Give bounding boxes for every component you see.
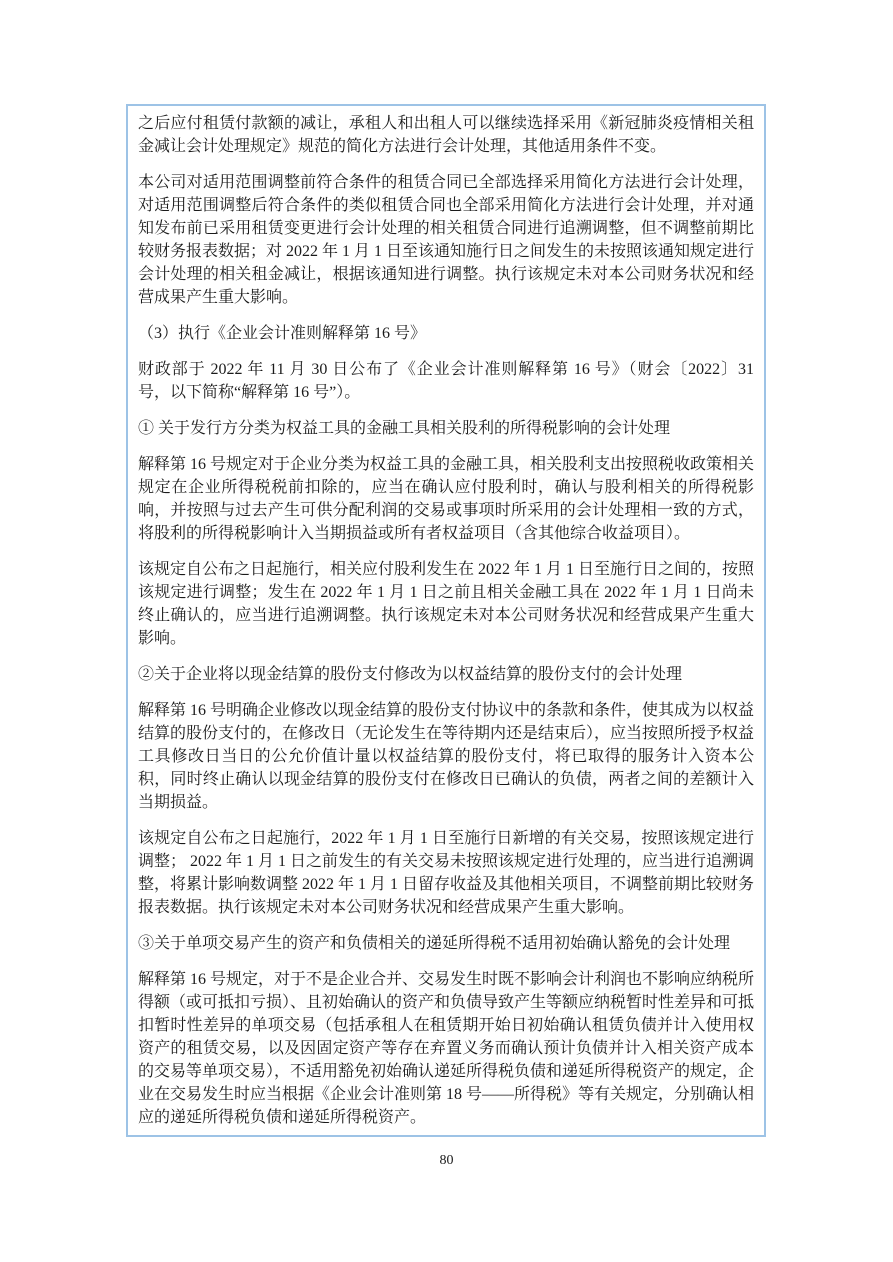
heading-sub-3-deferred-tax-exemption: ③关于单项交易产生的资产和负债相关的递延所得税不适用初始确认豁免的会计处理 (138, 932, 754, 955)
paragraph-lease-concession-continued: 之后应付租赁付款额的减让，承租人和出租人可以继续选择采用《新冠肺炎疫情相关租金减… (138, 112, 754, 158)
paragraph-share-payment-modification-rule: 解释第 16 号明确企业修改以现金结算的股份支付协议中的条款和条件，使其成为以权… (138, 699, 754, 814)
paragraph-company-simplified-method: 本公司对适用范围调整前符合条件的租赁合同已全部选择采用简化方法进行会计处理，对适… (138, 171, 754, 309)
paragraph-share-payment-effective-date: 该规定自公布之日起施行，2022 年 1 月 1 日至施行日新增的有关交易，按照… (138, 827, 754, 919)
document-page: 之后应付租赁付款额的减让，承租人和出租人可以继续选择采用《新冠肺炎疫情相关租金减… (0, 0, 893, 1262)
paragraph-dividend-rule-effective-date: 该规定自公布之日起施行，相关应付股利发生在 2022 年 1 月 1 日至施行日… (138, 558, 754, 650)
paragraph-interpretation-16-dividend-rule: 解释第 16 号规定对于企业分类为权益工具的金融工具，相关股利支出按照税收政策相… (138, 453, 754, 545)
page-number: 80 (0, 1153, 893, 1169)
text-border-box: 之后应付租赁付款额的减让，承租人和出租人可以继续选择采用《新冠肺炎疫情相关租金减… (126, 104, 766, 1137)
heading-sub-1-dividend-income-tax: ① 关于发行方分类为权益工具的金融工具相关股利的所得税影响的会计处理 (138, 417, 754, 440)
paragraph-mof-announcement: 财政部于 2022 年 11 月 30 日公布了《企业会计准则解释第 16 号》… (138, 358, 754, 404)
heading-sub-2-share-payment-modification: ②关于企业将以现金结算的股份支付修改为以权益结算的股份支付的会计处理 (138, 663, 754, 686)
heading-item-3-interpretation-16: （3）执行《企业会计准则解释第 16 号》 (138, 322, 754, 345)
paragraph-deferred-tax-rule: 解释第 16 号规定，对于不是企业合并、交易发生时既不影响会计利润也不影响应纳税… (138, 968, 754, 1129)
